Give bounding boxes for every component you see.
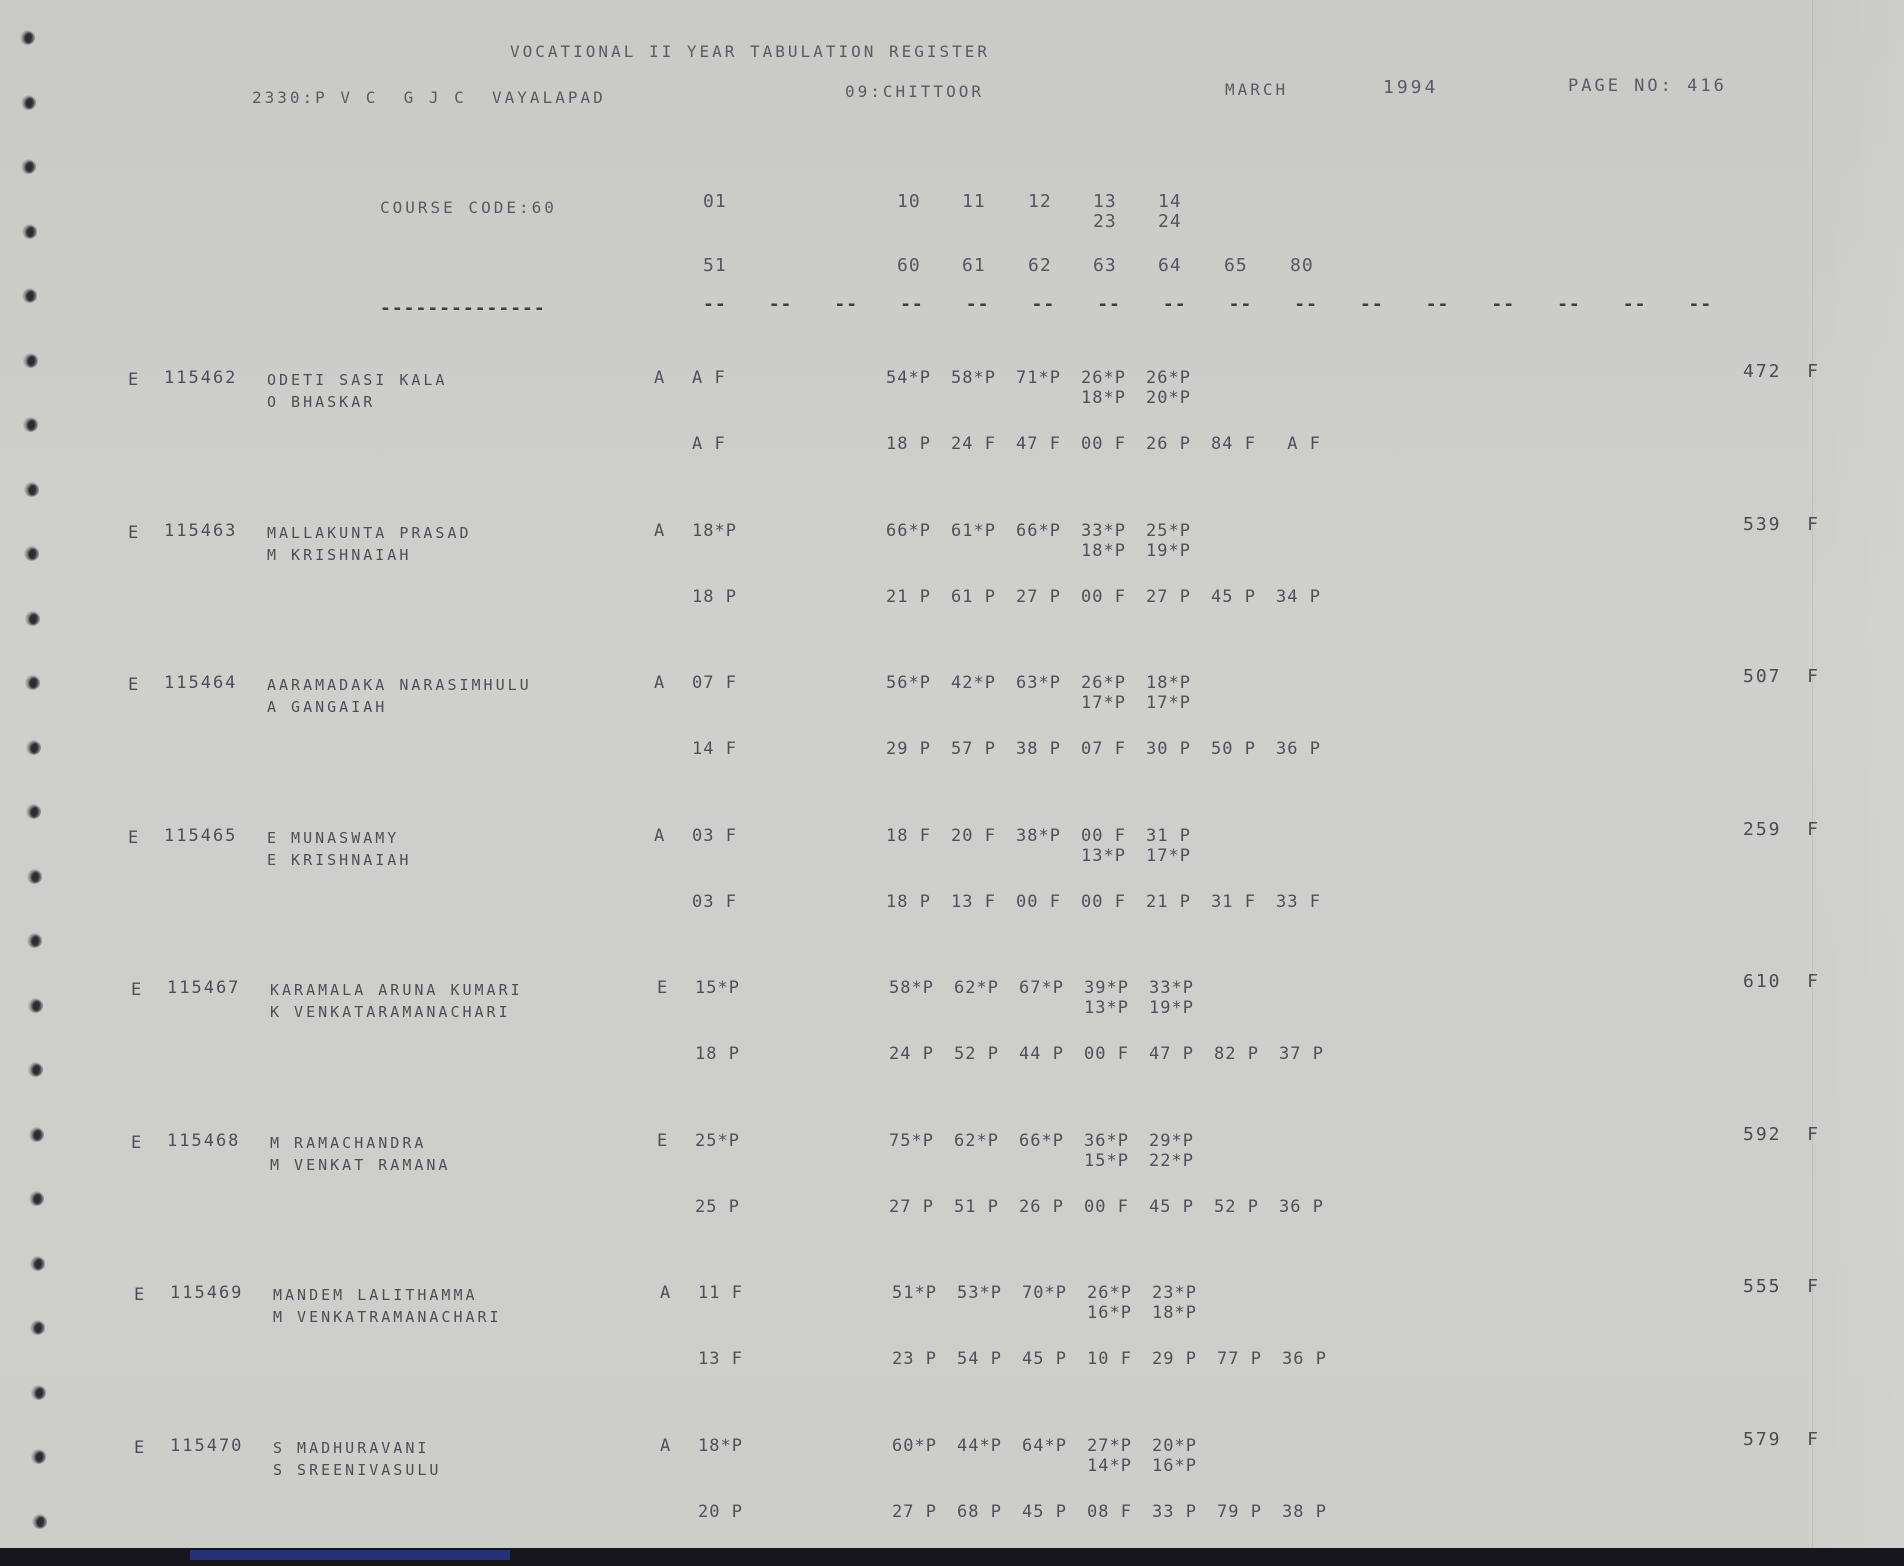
subject-mark: 36 P (1279, 1197, 1324, 1217)
student-name: E MUNASWAMY (267, 828, 399, 848)
subject-mark: 62*P (954, 978, 999, 998)
column-header-code: 51 (703, 256, 727, 276)
medium-code: E (657, 978, 668, 998)
subject-mark: 45 P (1211, 587, 1256, 607)
column-header-code: 11 (962, 192, 986, 212)
punch-hole (29, 1191, 44, 1206)
column-dash: -- (1689, 294, 1713, 315)
subject-mark: 71*P (1016, 368, 1061, 388)
father-name: K VENKATARAMANACHARI (270, 1002, 511, 1022)
roll-number: 115467 (167, 978, 240, 998)
course-code: COURSE CODE:60 (380, 198, 557, 218)
language-mark: 25 P (695, 1197, 740, 1217)
subject-mark: 21 P (1146, 892, 1191, 912)
language-mark: 03 F (692, 826, 737, 846)
subject-mark: 00 F (1016, 892, 1061, 912)
student-name: ODETI SASI KALA (267, 370, 447, 390)
subject-mark: 27 P (1146, 587, 1191, 607)
column-header-code: 14 (1158, 192, 1182, 212)
subject-mark: 26*P (1081, 368, 1126, 388)
subject-mark: 77 P (1217, 1349, 1262, 1369)
subject-mark: 25*P (1146, 521, 1191, 541)
college-name: 2330:P V C G J C VAYALAPAD (252, 88, 606, 108)
column-dash: -- (1229, 294, 1253, 315)
punch-hole (29, 1127, 44, 1142)
subject-mark: 00 F (1081, 587, 1126, 607)
subject-mark: 58*P (951, 368, 996, 388)
subject-mark: 15*P (1084, 1151, 1129, 1171)
punch-hole (27, 869, 42, 884)
punch-hole (22, 224, 37, 239)
subject-mark: 56*P (886, 673, 931, 693)
roll-number: 115468 (167, 1131, 240, 1151)
column-dash: -- (1426, 294, 1450, 315)
column-dash: -- (1032, 294, 1056, 315)
column-dash: -- (1491, 294, 1515, 315)
subject-mark: 75*P (889, 1131, 934, 1151)
subject-mark: 18*P (1146, 673, 1191, 693)
medium-code: E (657, 1131, 668, 1151)
medium-code: A (654, 521, 665, 541)
column-header-code: 63 (1093, 256, 1117, 276)
subject-mark: 51 P (954, 1197, 999, 1217)
student-name: AARAMADAKA NARASIMHULU (267, 675, 532, 695)
desk-background (0, 1548, 1904, 1566)
subject-mark: 66*P (886, 521, 931, 541)
language-mark: 07 F (692, 673, 737, 693)
punch-hole (30, 1320, 45, 1335)
column-dash: -- (834, 294, 858, 315)
language-mark: 18*P (692, 521, 737, 541)
column-header-code: 01 (703, 192, 727, 212)
roll-number: 115469 (170, 1283, 243, 1303)
subject-mark: 54 P (957, 1349, 1002, 1369)
subject-mark: 13*P (1084, 998, 1129, 1018)
column-dash: -- (1623, 294, 1647, 315)
medium-code: A (654, 368, 665, 388)
subject-mark: 52 P (1214, 1197, 1259, 1217)
student-name: S MADHURAVANI (273, 1438, 429, 1458)
total-result: 507 F (1743, 667, 1820, 687)
subject-mark: 45 P (1149, 1197, 1194, 1217)
subject-mark: 17*P (1146, 693, 1191, 713)
punch-hole (25, 675, 40, 690)
column-dash: -- (1360, 294, 1384, 315)
roll-number: 115464 (164, 673, 237, 693)
punch-hole (32, 1514, 47, 1529)
name-underline: -------------- (380, 298, 546, 319)
language-mark: 20 P (698, 1502, 743, 1522)
student-name: MALLAKUNTA PRASAD (267, 523, 472, 543)
column-header-code: 64 (1158, 256, 1182, 276)
record-prefix: E (131, 980, 143, 1000)
language-mark: 18 P (695, 1044, 740, 1064)
punch-hole (26, 740, 41, 755)
total-result: 555 F (1743, 1277, 1820, 1297)
medium-code: A (660, 1283, 671, 1303)
subject-mark: 58*P (889, 978, 934, 998)
subject-mark: 36 P (1276, 739, 1321, 759)
column-header-code: 23 (1093, 212, 1117, 232)
subject-mark: 50 P (1211, 739, 1256, 759)
father-name: A GANGAIAH (267, 697, 387, 717)
page-number: PAGE NO: 416 (1568, 76, 1727, 96)
subject-mark: 36 P (1282, 1349, 1327, 1369)
subject-mark: 84 F (1211, 434, 1256, 454)
subject-mark: 45 P (1022, 1349, 1067, 1369)
language-mark: A F (692, 434, 726, 454)
subject-mark: 52 P (954, 1044, 999, 1064)
column-dash: -- (1557, 294, 1581, 315)
subject-mark: 18*P (1081, 388, 1126, 408)
record-prefix: E (128, 370, 140, 390)
punch-hole (31, 1449, 46, 1464)
student-name: MANDEM LALITHAMMA (273, 1285, 478, 1305)
language-mark: 11 F (698, 1283, 743, 1303)
subject-mark: 13*P (1081, 846, 1126, 866)
subject-mark: A F (1276, 434, 1321, 454)
student-name: KARAMALA ARUNA KUMARI (270, 980, 523, 1000)
father-name: M KRISHNAIAH (267, 545, 411, 565)
punch-hole (22, 288, 37, 303)
column-header-code: 62 (1028, 256, 1052, 276)
record-prefix: E (128, 828, 140, 848)
subject-mark: 60*P (892, 1436, 937, 1456)
subject-mark: 23 P (892, 1349, 937, 1369)
subject-mark: 26*P (1087, 1283, 1132, 1303)
punch-hole (23, 353, 38, 368)
column-header-code: 61 (962, 256, 986, 276)
subject-mark: 16*P (1087, 1303, 1132, 1323)
subject-mark: 18*P (1152, 1303, 1197, 1323)
subject-mark: 10 F (1087, 1349, 1132, 1369)
medium-code: A (654, 826, 665, 846)
subject-mark: 22*P (1149, 1151, 1194, 1171)
language-mark: A F (692, 368, 726, 388)
column-header-code: 24 (1158, 212, 1182, 232)
subject-mark: 18 P (886, 434, 931, 454)
subject-mark: 00 F (1084, 1197, 1129, 1217)
subject-mark: 33*P (1081, 521, 1126, 541)
subject-mark: 17*P (1146, 846, 1191, 866)
father-name: S SREENIVASULU (273, 1460, 441, 1480)
record-prefix: E (131, 1133, 143, 1153)
subject-mark: 29*P (1149, 1131, 1194, 1151)
subject-mark: 44*P (957, 1436, 1002, 1456)
total-result: 592 F (1743, 1125, 1820, 1145)
father-name: E KRISHNAIAH (267, 850, 411, 870)
column-dash: -- (1097, 294, 1121, 315)
subject-mark: 07 F (1081, 739, 1126, 759)
punch-hole (25, 611, 40, 626)
language-mark: 18 P (692, 587, 737, 607)
subject-mark: 18 P (886, 892, 931, 912)
column-dash: -- (769, 294, 793, 315)
subject-mark: 27 P (1016, 587, 1061, 607)
subject-mark: 26 P (1146, 434, 1191, 454)
roll-number: 115462 (164, 368, 237, 388)
subject-mark: 47 P (1149, 1044, 1194, 1064)
subject-mark: 79 P (1217, 1502, 1262, 1522)
language-mark: 14 F (692, 739, 737, 759)
record-prefix: E (128, 675, 140, 695)
subject-mark: 19*P (1149, 998, 1194, 1018)
subject-mark: 31 F (1211, 892, 1256, 912)
punch-hole (26, 804, 41, 819)
subject-mark: 38*P (1016, 826, 1061, 846)
margin-rule (1812, 0, 1813, 1548)
subject-mark: 64*P (1022, 1436, 1067, 1456)
subject-mark: 33*P (1149, 978, 1194, 998)
medium-code: A (660, 1436, 671, 1456)
punch-hole (23, 417, 38, 432)
subject-mark: 26*P (1081, 673, 1126, 693)
punch-hole (24, 546, 39, 561)
subject-mark: 24 P (889, 1044, 934, 1064)
subject-mark: 08 F (1087, 1502, 1132, 1522)
subject-mark: 29 P (1152, 1349, 1197, 1369)
blue-object (190, 1550, 510, 1560)
subject-mark: 20 F (951, 826, 996, 846)
record-prefix: E (134, 1285, 146, 1305)
subject-mark: 26*P (1146, 368, 1191, 388)
total-result: 539 F (1743, 515, 1820, 535)
subject-mark: 23*P (1152, 1283, 1197, 1303)
column-dash: -- (966, 294, 990, 315)
language-mark: 13 F (698, 1349, 743, 1369)
column-header-code: 13 (1093, 192, 1117, 212)
language-mark: 25*P (695, 1131, 740, 1151)
total-result: 259 F (1743, 820, 1820, 840)
record-prefix: E (128, 523, 140, 543)
column-header-code: 65 (1224, 256, 1248, 276)
subject-mark: 51*P (892, 1283, 937, 1303)
exam-year: 1994 (1383, 78, 1438, 98)
punch-hole (31, 1385, 46, 1400)
subject-mark: 62*P (954, 1131, 999, 1151)
subject-mark: 26 P (1019, 1197, 1064, 1217)
student-name: M RAMACHANDRA (270, 1133, 426, 1153)
subject-mark: 27 P (889, 1197, 934, 1217)
subject-mark: 17*P (1081, 693, 1126, 713)
subject-mark: 31 P (1146, 826, 1191, 846)
punch-hole (21, 95, 36, 110)
subject-mark: 00 F (1081, 434, 1126, 454)
subject-mark: 44 P (1019, 1044, 1064, 1064)
subject-mark: 42*P (951, 673, 996, 693)
subject-mark: 27 P (892, 1502, 937, 1522)
subject-mark: 66*P (1016, 521, 1061, 541)
district-name: 09:CHITTOOR (845, 82, 984, 102)
language-mark: 15*P (695, 978, 740, 998)
subject-mark: 37 P (1279, 1044, 1324, 1064)
roll-number: 115470 (170, 1436, 243, 1456)
subject-mark: 19*P (1146, 541, 1191, 561)
punch-hole (24, 482, 39, 497)
father-name: M VENKAT RAMANA (270, 1155, 450, 1175)
subject-mark: 18 F (886, 826, 931, 846)
column-header-code: 60 (897, 256, 921, 276)
column-header-code: 80 (1290, 256, 1314, 276)
subject-mark: 27*P (1087, 1436, 1132, 1456)
subject-mark: 34 P (1276, 587, 1321, 607)
subject-mark: 20*P (1152, 1436, 1197, 1456)
register-title: VOCATIONAL II YEAR TABULATION REGISTER (510, 42, 990, 62)
tabulation-register-sheet: VOCATIONAL II YEAR TABULATION REGISTER 2… (0, 0, 1904, 1550)
subject-mark: 30 P (1146, 739, 1191, 759)
punch-hole (21, 159, 36, 174)
column-header-code: 12 (1028, 192, 1052, 212)
subject-mark: 33 F (1276, 892, 1321, 912)
punch-hole (30, 1256, 45, 1271)
punch-hole (20, 30, 35, 45)
subject-mark: 82 P (1214, 1044, 1259, 1064)
subject-mark: 53*P (957, 1283, 1002, 1303)
subject-mark: 14*P (1087, 1456, 1132, 1476)
punch-hole (28, 998, 43, 1013)
subject-mark: 18*P (1081, 541, 1126, 561)
exam-month: MARCH (1225, 80, 1288, 100)
subject-mark: 33 P (1152, 1502, 1197, 1522)
subject-mark: 36*P (1084, 1131, 1129, 1151)
subject-mark: 61 P (951, 587, 996, 607)
total-result: 579 F (1743, 1430, 1820, 1450)
subject-mark: 68 P (957, 1502, 1002, 1522)
total-result: 472 F (1743, 362, 1820, 382)
subject-mark: 16*P (1152, 1456, 1197, 1476)
subject-mark: 70*P (1022, 1283, 1067, 1303)
subject-mark: 57 P (951, 739, 996, 759)
column-dash: -- (1163, 294, 1187, 315)
subject-mark: 67*P (1019, 978, 1064, 998)
father-name: M VENKATRAMANACHARI (273, 1307, 502, 1327)
medium-code: A (654, 673, 665, 693)
record-prefix: E (134, 1438, 146, 1458)
column-dash: -- (900, 294, 924, 315)
punch-hole (27, 933, 42, 948)
roll-number: 115463 (164, 521, 237, 541)
father-name: O BHASKAR (267, 392, 375, 412)
subject-mark: 54*P (886, 368, 931, 388)
punch-hole (28, 1062, 43, 1077)
roll-number: 115465 (164, 826, 237, 846)
column-dash: -- (1294, 294, 1318, 315)
subject-mark: 66*P (1019, 1131, 1064, 1151)
subject-mark: 63*P (1016, 673, 1061, 693)
subject-mark: 00 F (1081, 892, 1126, 912)
subject-mark: 45 P (1022, 1502, 1067, 1522)
subject-mark: 61*P (951, 521, 996, 541)
subject-mark: 29 P (886, 739, 931, 759)
subject-mark: 38 P (1016, 739, 1061, 759)
language-mark: 18*P (698, 1436, 743, 1456)
subject-mark: 47 F (1016, 434, 1061, 454)
column-dash: -- (703, 294, 727, 315)
language-mark: 03 F (692, 892, 737, 912)
subject-mark: 00 F (1084, 1044, 1129, 1064)
column-header-code: 10 (897, 192, 921, 212)
subject-mark: 21 P (886, 587, 931, 607)
subject-mark: 39*P (1084, 978, 1129, 998)
subject-mark: 38 P (1282, 1502, 1327, 1522)
subject-mark: 00 F (1081, 826, 1126, 846)
subject-mark: 20*P (1146, 388, 1191, 408)
subject-mark: 13 F (951, 892, 996, 912)
total-result: 610 F (1743, 972, 1820, 992)
subject-mark: 24 F (951, 434, 996, 454)
